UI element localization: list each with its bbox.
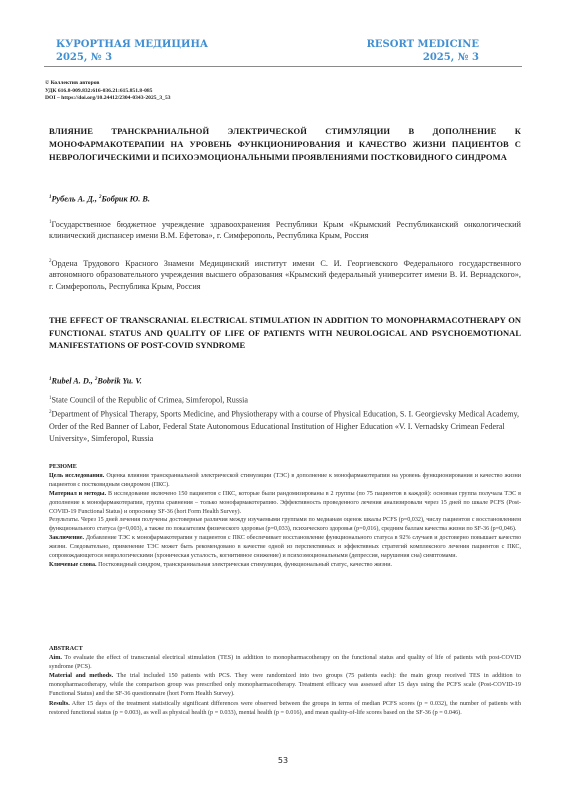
article-meta: © Коллектив авторов УДК 616.8-009.832:61… (45, 80, 171, 103)
issue-ru: 2025, № 3 (56, 51, 208, 64)
section-text: To evaluate the effect of transcranial e… (49, 654, 521, 670)
aff-text: State Council of the Republic of Crimea,… (52, 396, 248, 405)
aff-text: Государственное бюджетное учреждение здр… (49, 220, 521, 241)
section-text: The trial included 150 patients with PCS… (49, 672, 521, 697)
page-number: 53 (0, 756, 566, 765)
affiliation-1-ru: 1Государственное бюджетное учреждение зд… (49, 217, 521, 242)
journal-title-en: RESORT MEDICINE (367, 38, 479, 51)
affiliation-1-en: 1State Council of the Republic of Crimea… (49, 393, 521, 407)
article-title-ru: ВЛИЯНИЕ ТРАНСКРАНИАЛЬНОЙ ЭЛЕКТРИЧЕСКОЙ С… (49, 125, 521, 165)
section-label: Material and methods. (49, 672, 113, 679)
abstract-methods-ru: Материал и методы. В исследование включе… (49, 490, 521, 517)
issue-en: 2025, № 3 (367, 51, 479, 64)
abstract-heading-en: ABSTRACT (49, 644, 521, 653)
section-text: Добавление ТЭС к монофармакотерапии у па… (49, 535, 521, 559)
affiliations-en: 1State Council of the Republic of Crimea… (49, 393, 521, 445)
authors-en: 1Rubel A. D., 2Bobrik Yu. V. (49, 375, 142, 387)
abstract-en: ABSTRACT Aim. To evaluate the effect of … (49, 644, 521, 717)
aff-text: Department of Physical Therapy, Sports M… (49, 410, 519, 443)
abstract-aim-en: Aim. To evaluate the effect of transcran… (49, 653, 521, 671)
aff-text: Ордена Трудового Красного Знамени Медици… (49, 259, 521, 291)
journal-title-ru: КУРОРТНАЯ МЕДИЦИНА (56, 38, 208, 51)
section-text: Постковидный синдром, транскраниальная э… (97, 562, 392, 568)
abstract-ru: РЕЗЮМЕ Цель исследования. Оценка влияния… (49, 463, 521, 570)
author-bobrik-ru: Бобрик Ю. В. (101, 195, 149, 204)
affiliation-2-en: 2Department of Physical Therapy, Sports … (49, 407, 521, 445)
section-label: Results. (49, 700, 70, 707)
author-bobrik-en: Bobrik Yu. V. (97, 377, 141, 386)
header-right: RESORT MEDICINE 2025, № 3 (367, 38, 479, 64)
section-label: Ключевые слова. (49, 562, 97, 568)
abstract-heading-ru: РЕЗЮМЕ (49, 463, 521, 472)
section-label: Цель исследования. (49, 473, 104, 479)
abstract-results-ru: Результаты. Через 15 дней лечения получе… (49, 516, 521, 534)
abstract-conclusion-ru: Заключение. Добавление ТЭС к монофармако… (49, 534, 521, 561)
section-text: Оценка влияния транскраниальной электрич… (49, 473, 521, 488)
header-divider (44, 66, 522, 67)
section-label: Материал и методы. (49, 491, 106, 497)
section-text: After 15 days of the treatment statistic… (49, 700, 521, 716)
copyright: © Коллектив авторов (45, 80, 171, 88)
abstract-keywords-ru: Ключевые слова. Постковидный синдром, тр… (49, 561, 521, 570)
udk-code: УДК 616.8-009.832:616-036.21:615.851.8-0… (45, 88, 171, 96)
section-text: В исследование включено 150 пациентов с … (49, 491, 521, 515)
header-left: КУРОРТНАЯ МЕДИЦИНА 2025, № 3 (56, 38, 208, 64)
journal-page: КУРОРТНАЯ МЕДИЦИНА 2025, № 3 RESORT MEDI… (0, 0, 566, 800)
affiliation-2-ru: 2Ордена Трудового Красного Знамени Медиц… (49, 256, 521, 293)
author-rubel-ru: Рубель А. Д., (52, 195, 99, 204)
abstract-aim-ru: Цель исследования. Оценка влияния транск… (49, 472, 521, 490)
author-rubel-en: Rubel A. D., (52, 377, 95, 386)
doi-link[interactable]: DOI – https://doi.org/10.24412/2304-0343… (45, 95, 171, 103)
article-title-en: THE EFFECT OF TRANSCRANIAL ELECTRICAL ST… (49, 314, 521, 352)
section-label: Заключение. (49, 535, 84, 541)
abstract-methods-en: Material and methods. The trial included… (49, 671, 521, 698)
section-label: Aim. (49, 654, 62, 661)
authors-ru: 1Рубель А. Д., 2Бобрик Ю. В. (49, 193, 150, 205)
abstract-results-en: Results. After 15 days of the treatment … (49, 699, 521, 717)
